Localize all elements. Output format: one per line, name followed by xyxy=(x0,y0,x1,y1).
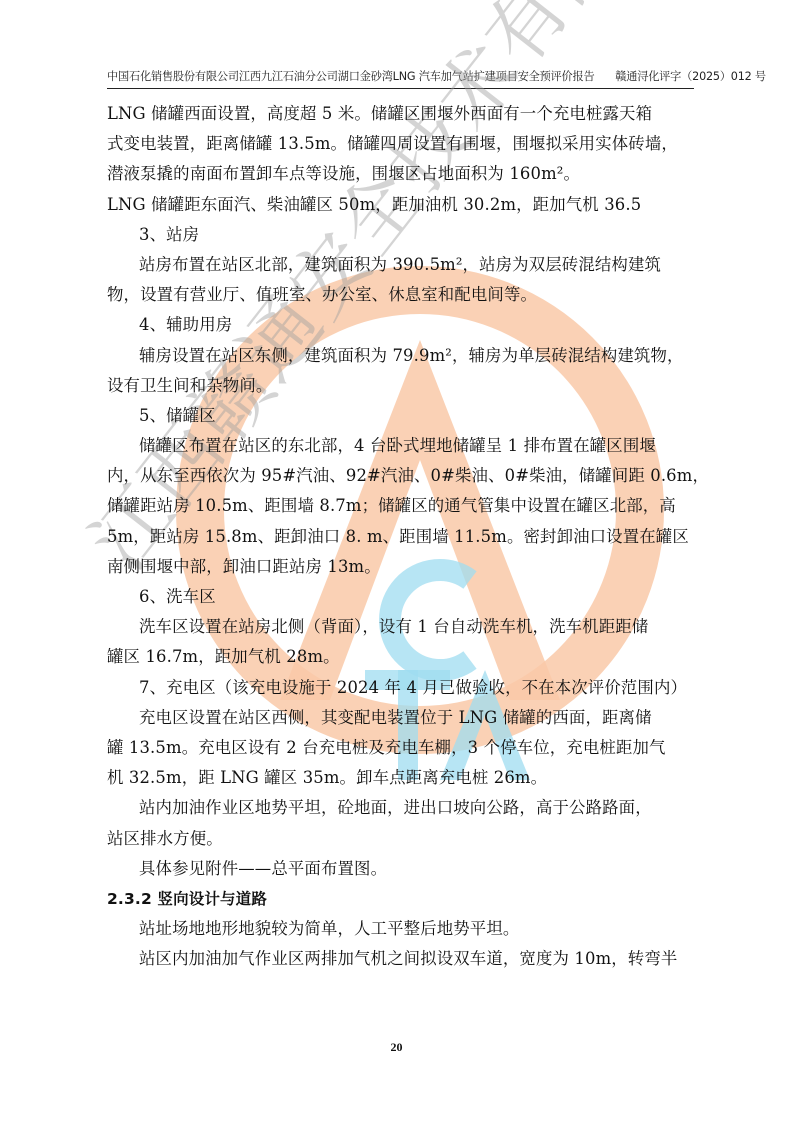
subsection-title-tank-area: 5、储罐区 xyxy=(107,401,695,431)
paragraph-line: 南侧围堰中部，卸油口距站房 13m。 xyxy=(107,552,695,582)
paragraph-line: 式变电装置，距离储罐 13.5m。储罐四周设置有围堰，围堰拟采用实体砖墙， xyxy=(107,129,695,159)
paragraph-line: 罐区 16.7m，距加气机 28m。 xyxy=(107,642,695,672)
section-heading: 2.3.2 竖向设计与道路 xyxy=(107,884,695,914)
paragraph-line: 站址场地地形地貌较为简单，人工平整后地势平坦。 xyxy=(107,914,695,944)
subsection-title-station-house: 3、站房 xyxy=(107,220,695,250)
paragraph-line: 具体参见附件——总平面布置图。 xyxy=(107,854,695,884)
document-body: LNG 储罐西面设置，高度超 5 米。储罐区围堰外西面有一个充电桩露天箱 式变电… xyxy=(107,99,695,974)
paragraph-line: 站内加油作业区地势平坦，砼地面，进出口坡向公路，高于公路路面， xyxy=(107,793,695,823)
paragraph-line: 设有卫生间和杂物间。 xyxy=(107,371,695,401)
subsection-title-car-wash: 6、洗车区 xyxy=(107,582,695,612)
paragraph-line: 站区内加油加气作业区两排加气机之间拟设双车道，宽度为 10m，转弯半 xyxy=(107,944,695,974)
paragraph-line: 机 32.5m，距 LNG 罐区 35m。卸车点距离充电桩 26m。 xyxy=(107,763,695,793)
paragraph-line: 洗车区设置在站房北侧（背面），设有 1 台自动洗车机，洗车机距距储 xyxy=(107,612,695,642)
paragraph-line: 储罐距站房 10.5m、距围墙 8.7m；储罐区的通气管集中设置在罐区北部，高 xyxy=(107,491,695,521)
paragraph-line: 站房布置在站区北部，建筑面积为 390.5m²，站房为双层砖混结构建筑 xyxy=(107,250,695,280)
paragraph-line: 辅房设置在站区东侧，建筑面积为 79.9m²，辅房为单层砖混结构建筑物， xyxy=(107,341,695,371)
header-report-number: 赣通浔化评字（2025）012 号 xyxy=(615,70,766,83)
paragraph-line: 充电区设置在站区西侧，其变配电装置位于 LNG 储罐的西面，距离储 xyxy=(107,703,695,733)
paragraph-line: 潜液泵撬的南面布置卸车点等设施，围堰区占地面积为 160m²。 xyxy=(107,159,695,189)
paragraph-line: 5m，距站房 15.8m、距卸油口 8. m、距围墙 11.5m。密封卸油口设置… xyxy=(107,522,695,552)
paragraph-line: 罐 13.5m。充电区设有 2 台充电桩及充电车棚，3 个停车位，充电桩距加气 xyxy=(107,733,695,763)
header-title: 中国石化销售股份有限公司江西九江石油分公司湖口金砂湾LNG 汽车加气站扩建项目安… xyxy=(107,70,595,83)
paragraph-line: LNG 储罐距东面汽、柴油罐区 50m，距加油机 30.2m，距加气机 36.5 xyxy=(107,190,695,220)
paragraph-line: 物，设置有营业厅、值班室、办公室、休息室和配电间等。 xyxy=(107,280,695,310)
page-number: 20 xyxy=(0,1040,793,1055)
paragraph-line: 内，从东至西依次为 95#汽油、92#汽油、0#柴油、0#柴油，储罐间距 0.6… xyxy=(107,461,695,491)
header-divider xyxy=(107,88,694,89)
subsection-title-auxiliary-house: 4、辅助用房 xyxy=(107,310,695,340)
paragraph-line: 储罐区布置在站区的东北部，4 台卧式埋地储罐呈 1 排布置在罐区围堰 xyxy=(107,431,695,461)
paragraph-line: 站区排水方便。 xyxy=(107,824,695,854)
subsection-title-charging-area: 7、充电区（该充电设施于 2024 年 4 月已做验收，不在本次评价范围内） xyxy=(107,673,695,703)
paragraph-line: LNG 储罐西面设置，高度超 5 米。储罐区围堰外西面有一个充电桩露天箱 xyxy=(107,99,695,129)
running-header: 中国石化销售股份有限公司江西九江石油分公司湖口金砂湾LNG 汽车加气站扩建项目安… xyxy=(107,68,692,84)
